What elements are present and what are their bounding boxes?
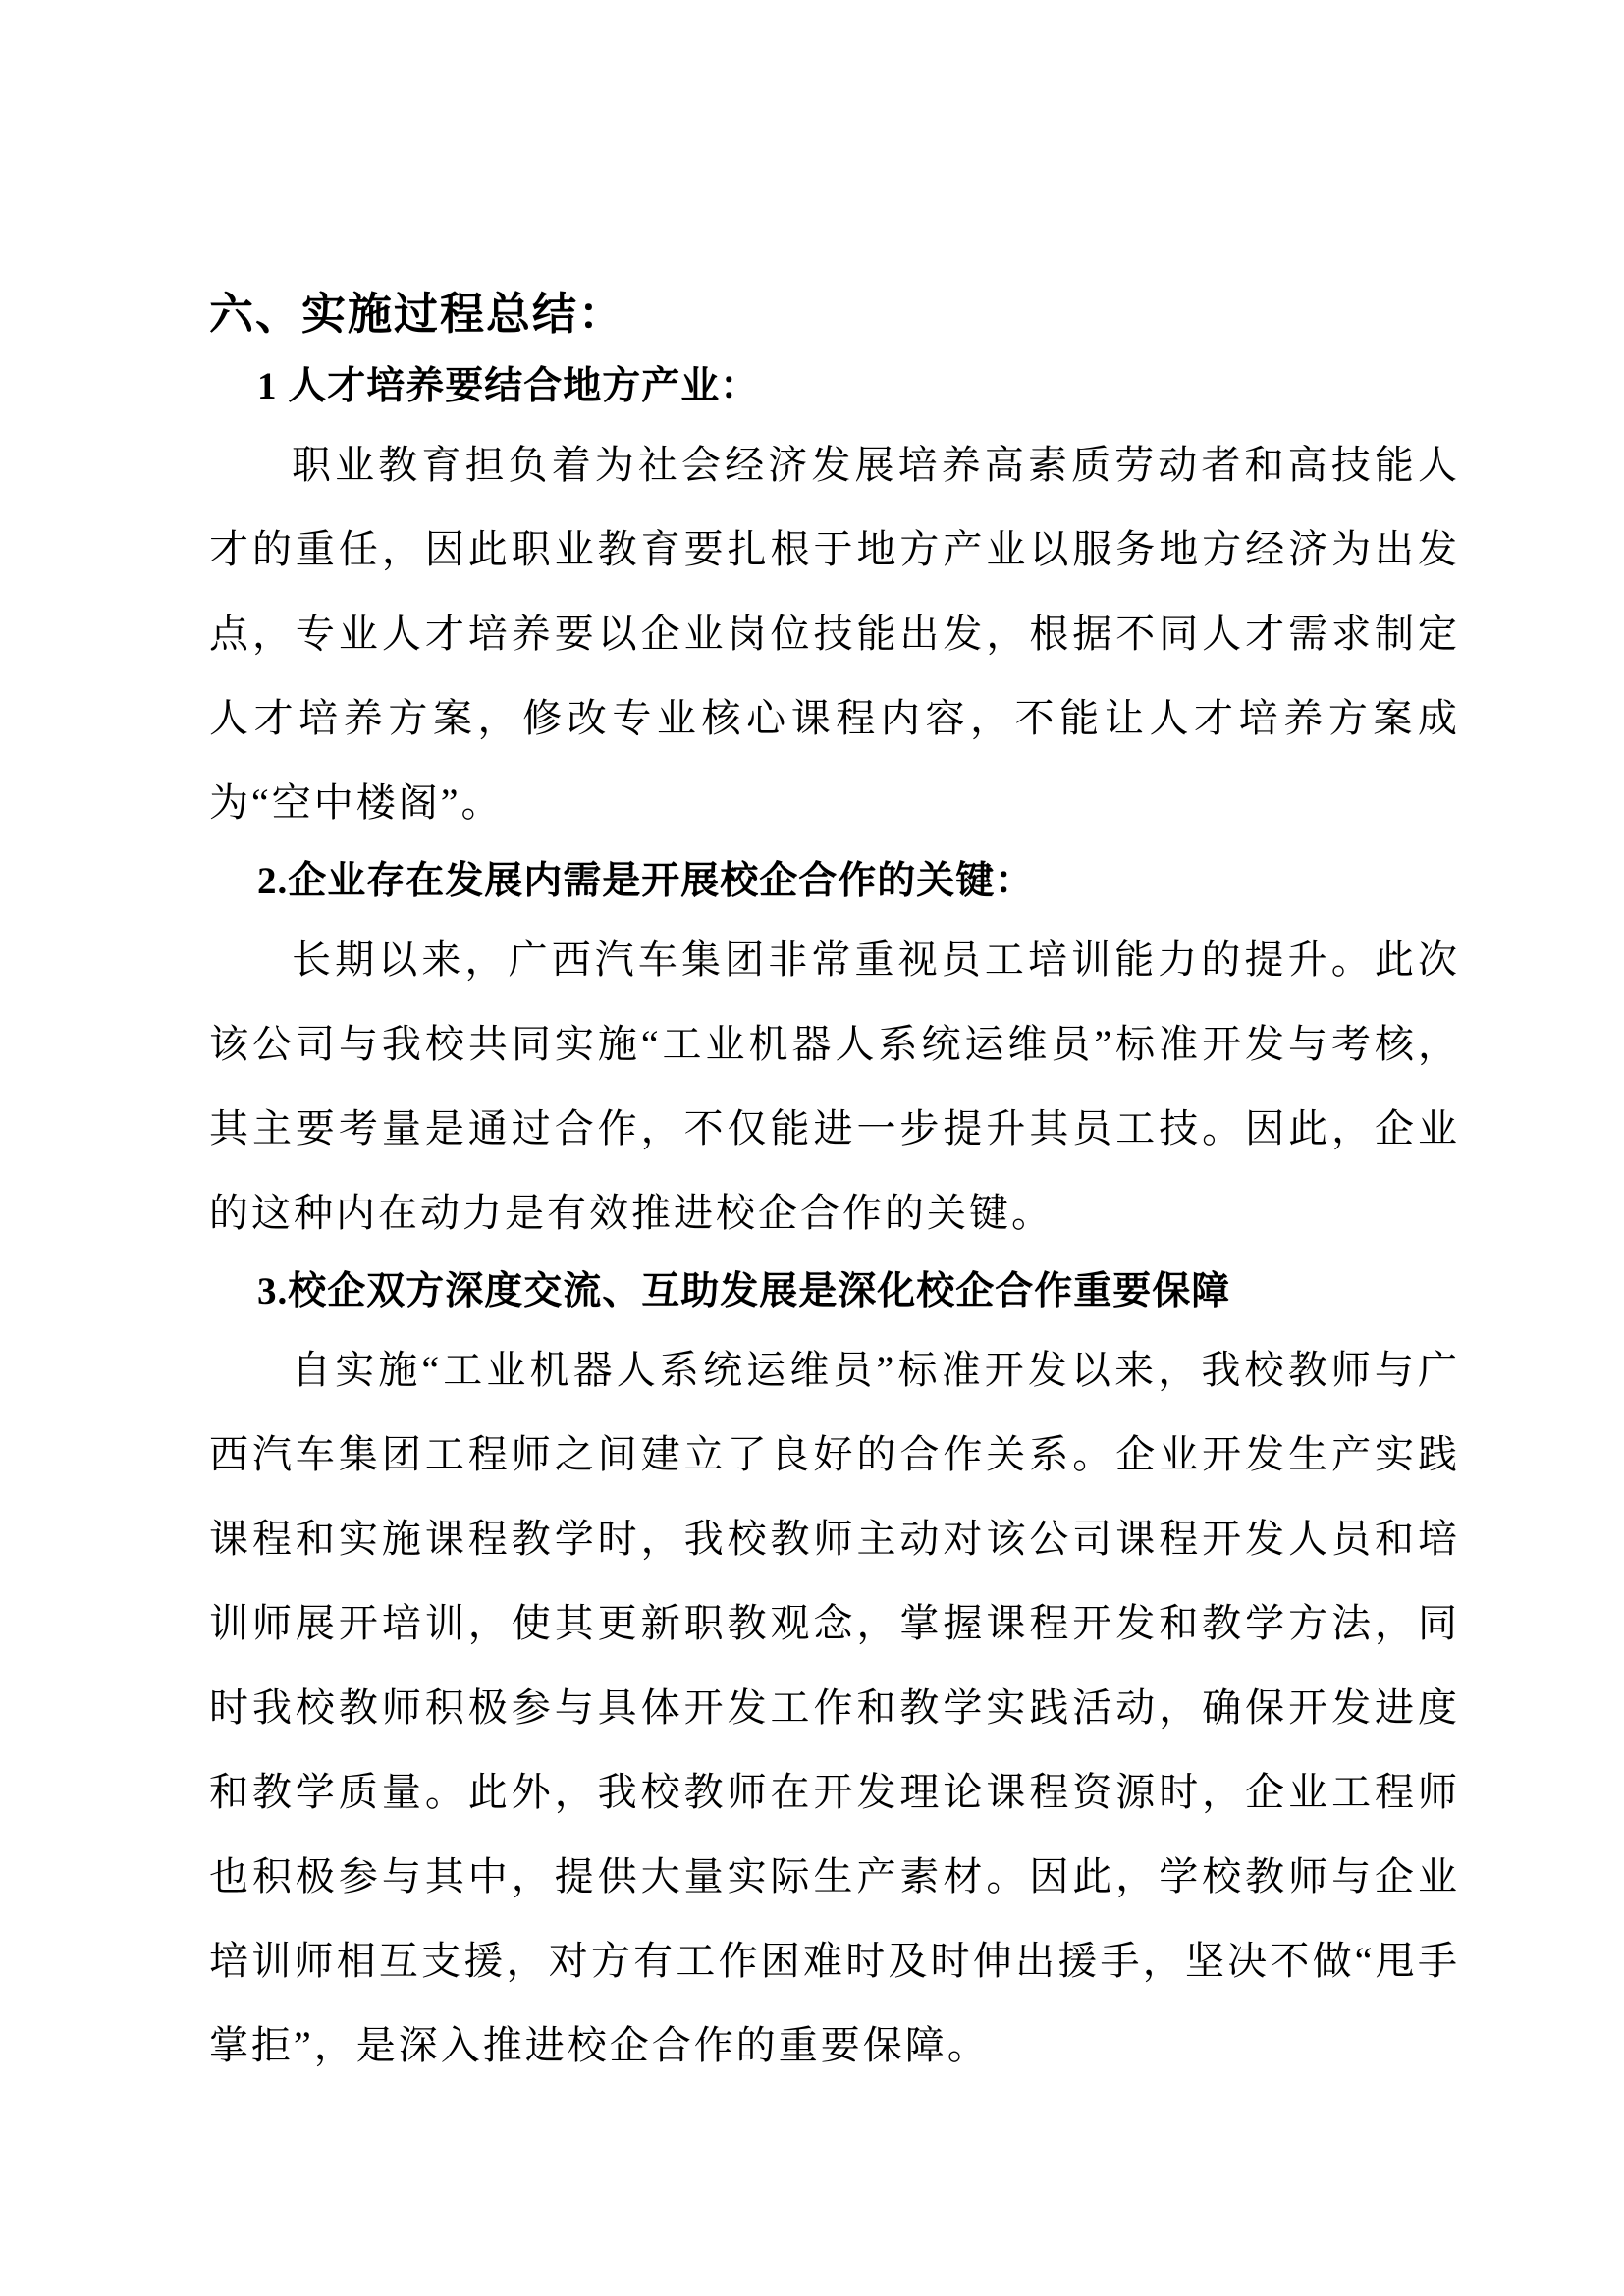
document-title: 六、实施过程总结： — [209, 278, 1460, 350]
section-2-paragraph: 长期以来，广西汽车集团非常重视员工培训能力的提升。此次该公司与我校共同实施“工业… — [209, 918, 1460, 1255]
section-1-heading: 1 人才培养要结合地方产业： — [257, 350, 1460, 423]
section-3-heading: 3.校企双方深度交流、互助发展是深化校企合作重要保障 — [257, 1255, 1460, 1328]
document-page: 六、实施过程总结： 1 人才培养要结合地方产业： 职业教育担负着为社会经济发展培… — [0, 0, 1624, 2296]
section-3-paragraph: 自实施“工业机器人系统运维员”标准开发以来，我校教师与广西汽车集团工程师之间建立… — [209, 1328, 1460, 2088]
section-1-paragraph: 职业教育担负着为社会经济发展培养高素质劳动者和高技能人才的重任，因此职业教育要扎… — [209, 423, 1460, 845]
section-2-heading: 2.企业存在发展内需是开展校企合作的关键： — [257, 845, 1460, 918]
